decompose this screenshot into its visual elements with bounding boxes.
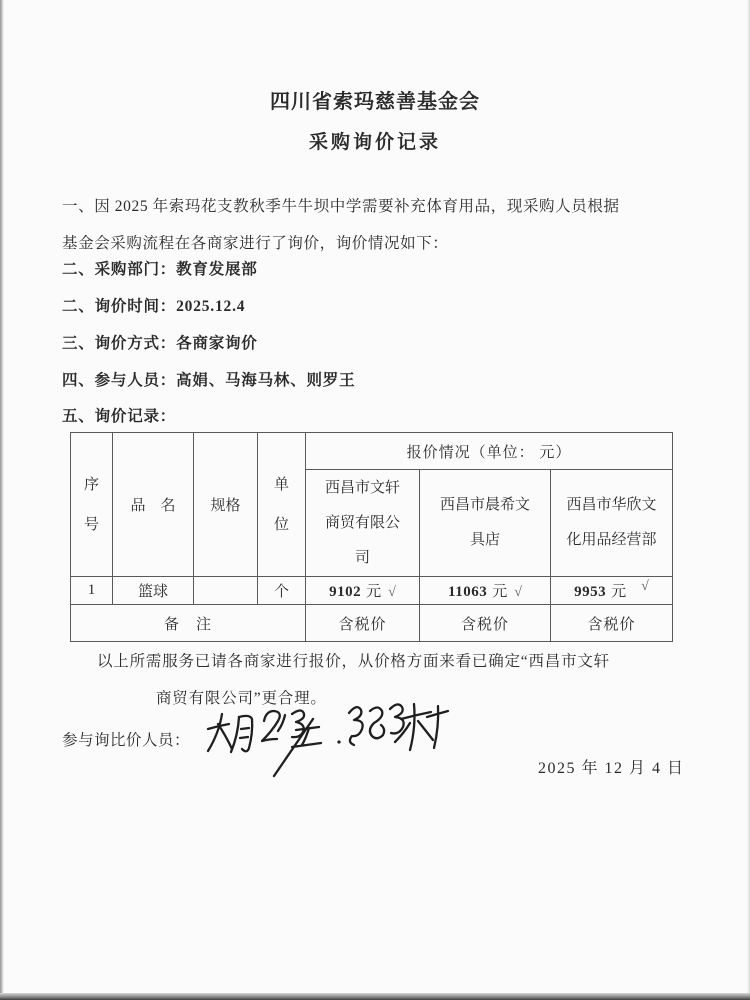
section-participants: 四、参与人员：高娟、马海马林、则罗王 [62, 370, 355, 392]
quote-chenxi-unit: 元 [492, 584, 507, 600]
remark-wenxuan-cell: 含税价 [306, 605, 420, 642]
quote-wenxuan-amount: 9102 [329, 584, 361, 600]
section-inquiry-date: 二、询价时间：2025.12.4 [62, 296, 245, 318]
vendor-huaxin-line1: 西昌市华欣文 [551, 488, 672, 523]
row-spec [194, 577, 258, 605]
quote-comparison-table: 序号 品 名 规格 单位 报价情况（单位： 元） 西昌市文轩 商贸有限公 司 西… [70, 432, 673, 642]
header-unit-cell: 单位 [258, 433, 306, 577]
row-seq: 1 [71, 577, 113, 605]
header-quote-group-cell: 报价情况（单位： 元） [306, 433, 673, 470]
vendor-chenxi-line2: 具店 [420, 523, 550, 558]
vendor-wenxuan-line3: 司 [306, 541, 419, 576]
checkmark-icon: √ [388, 585, 396, 600]
header-item-cell: 品 名 [113, 433, 194, 577]
intro-paragraph: 一、因 2025 年索玛花支教秋季牛牛坝中学需要补充体育用品，现采购人员根据 基… [62, 188, 682, 262]
quote-wenxuan-unit: 元 [366, 584, 381, 600]
vendor-chenxi-cell: 西昌市晨希文 具店 [420, 470, 551, 577]
signature-gao-juan [208, 714, 252, 752]
document-subtitle: 采购询价记录 [0, 127, 750, 154]
signature-label: 参与询比价人员： [62, 728, 190, 750]
signature-mahai-malin [349, 704, 448, 750]
remark-huaxin-cell: 含税价 [551, 605, 673, 642]
conclusion-line-1: 以上所需服务已请各商家进行报价，从价格方面来看已确定“西昌市文轩 [97, 651, 610, 673]
header-spec-cell: 规格 [194, 433, 258, 577]
vendor-wenxuan-line1: 西昌市文轩 [306, 471, 419, 506]
vendor-wenxuan-line2: 商贸有限公 [306, 506, 419, 541]
vendor-huaxin-cell: 西昌市华欣文 化用品经营部 [551, 470, 673, 577]
quote-wenxuan-cell: 9102元√ [306, 577, 420, 605]
quote-huaxin-cell: 9953元√ [551, 577, 673, 605]
section-inquiry-record: 五、询价记录： [62, 406, 176, 428]
quote-huaxin-amount: 9953 [574, 584, 606, 600]
row-item: 篮球 [113, 577, 194, 605]
vendor-huaxin-line2: 化用品经营部 [551, 523, 672, 558]
remark-chenxi-cell: 含税价 [420, 605, 551, 642]
document-date: 2025 年 12 月 4 日 [538, 755, 685, 778]
intro-line-2: 基金会采购流程在各商家进行了询价，询价情况如下： [62, 225, 682, 262]
document-title: 四川省索玛慈善基金会 [0, 85, 750, 114]
quote-chenxi-amount: 11063 [448, 584, 487, 600]
intro-line-1: 一、因 2025 年索玛花支教秋季牛牛坝中学需要补充体育用品，现采购人员根据 [62, 188, 682, 225]
quote-chenxi-cell: 11063元√ [420, 577, 551, 605]
vendor-wenxuan-cell: 西昌市文轩 商贸有限公 司 [306, 470, 420, 577]
scanned-document-page: 四川省索玛慈善基金会 采购询价记录 一、因 2025 年索玛花支教秋季牛牛坝中学… [0, 0, 750, 1000]
vendor-chenxi-line1: 西昌市晨希文 [420, 488, 550, 523]
handwritten-signatures-image [198, 699, 454, 783]
checkmark-icon: √ [514, 585, 522, 600]
quote-huaxin-unit: 元 [611, 584, 626, 600]
remark-label-cell: 备 注 [71, 605, 306, 642]
signature-ze-luo-wang [262, 711, 321, 777]
signature-dot [337, 740, 340, 743]
section-inquiry-method: 三、询价方式：各商家询价 [62, 333, 258, 355]
header-unit-label: 单位 [273, 465, 290, 545]
scan-edge-bottom [0, 993, 750, 1000]
section-purchase-department: 二、采购部门：教育发展部 [62, 259, 258, 281]
checkmark-icon: √ [641, 579, 649, 594]
header-seq-label: 序号 [83, 465, 100, 545]
header-seq-cell: 序号 [71, 433, 113, 577]
row-unit: 个 [258, 577, 306, 605]
